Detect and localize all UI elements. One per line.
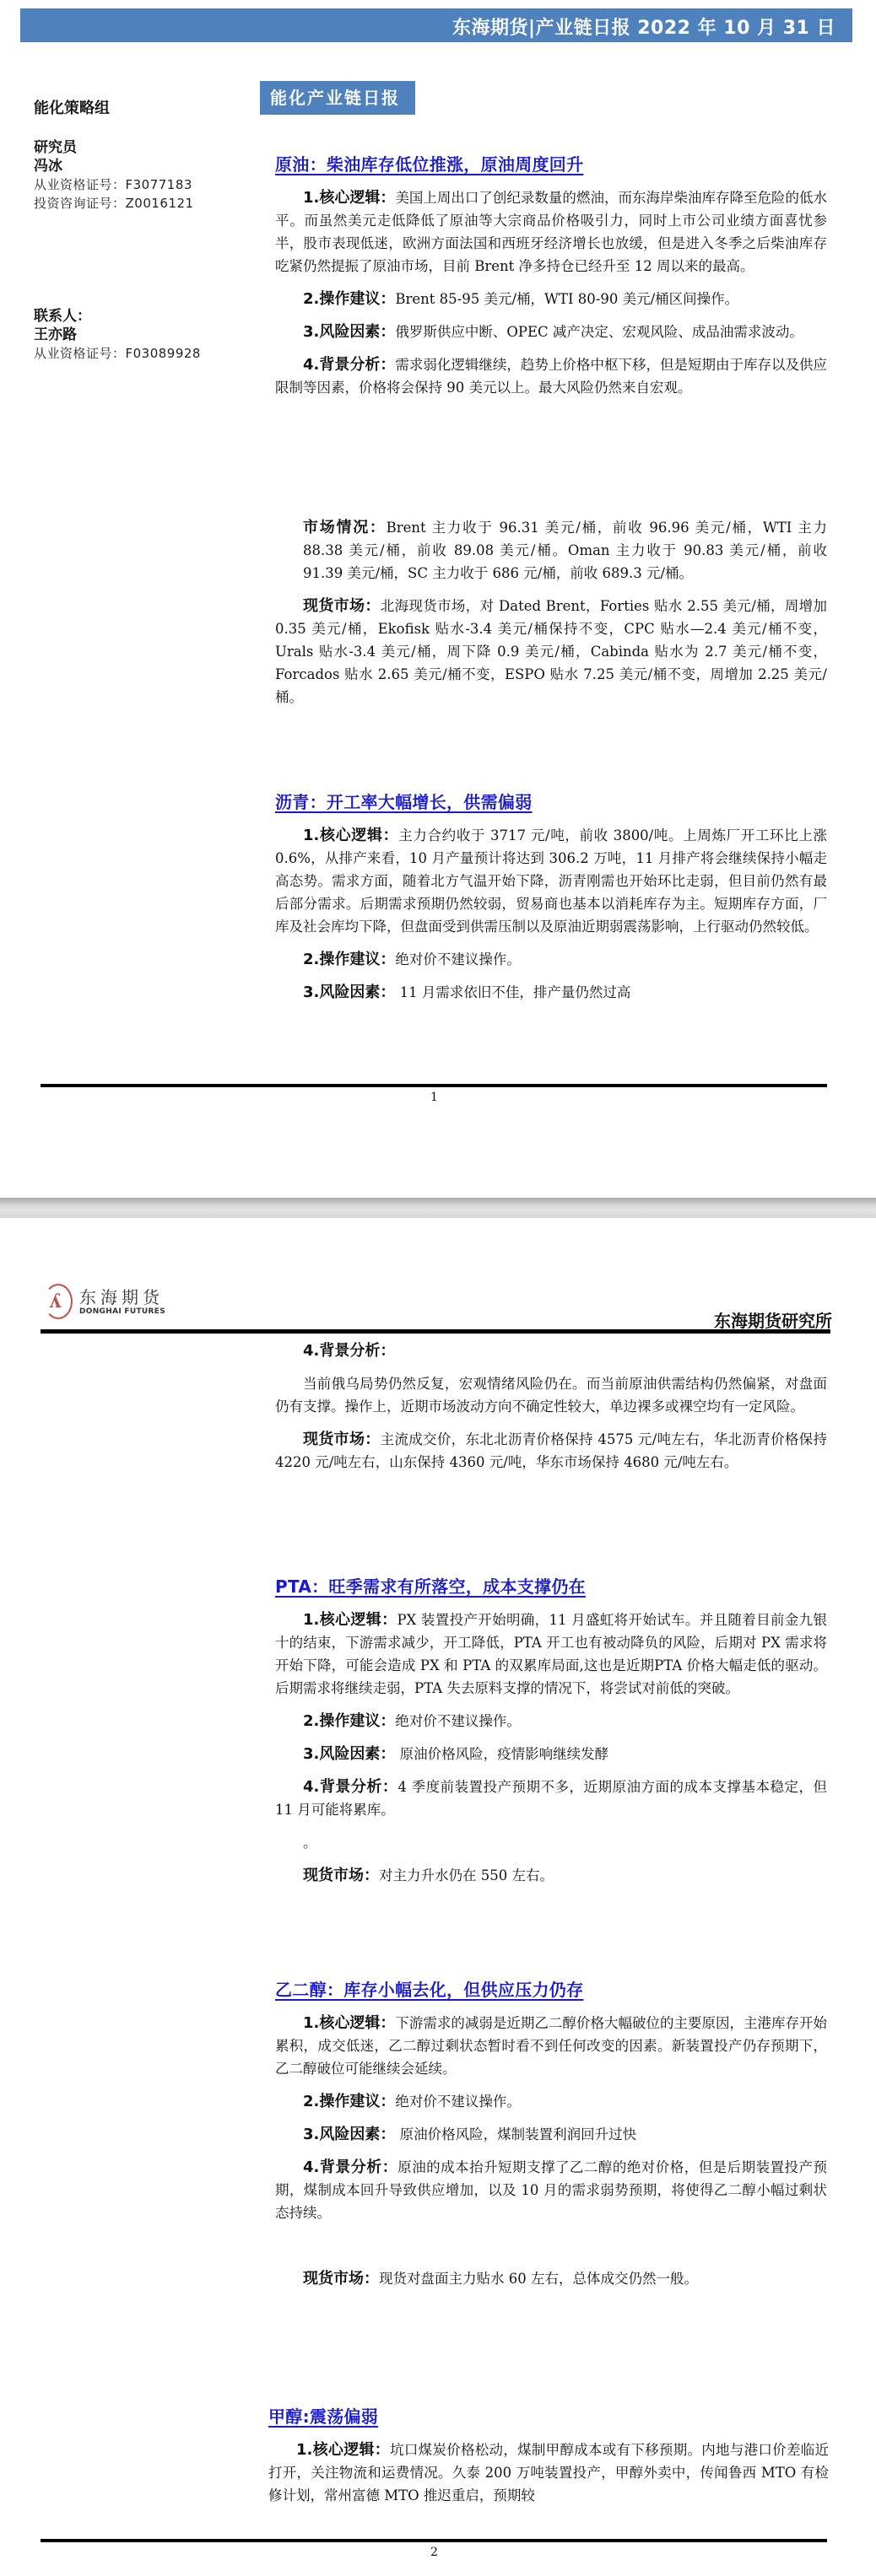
pta-core-logic: 1.核心逻辑：PX 装置投产开始明确，11 月盛虹将开始试车。并且随着目前金九银… bbox=[275, 1609, 827, 1700]
pta-stray-mark: 。 bbox=[275, 1831, 827, 1854]
researcher-block: 研究员 冯冰 从业资格证号：F3077183 投资咨询证号：Z0016121 bbox=[34, 138, 194, 213]
meg-operation: 2.操作建议：绝对价不建议操作。 bbox=[275, 2090, 827, 2113]
researcher-name: 冯冰 bbox=[34, 157, 194, 175]
report-tag: 能化产业链日报 bbox=[260, 81, 415, 115]
section-methanol: 甲醇:震荡偏弱 1.核心逻辑：坑口煤炭价格松动，煤制甲醇成本或有下移预期。内地与… bbox=[268, 2406, 829, 2517]
contact-cert: 从业资格证号：F03089928 bbox=[34, 344, 201, 363]
crude-core-logic: 1.核心逻辑：美国上周出口了创纪录数量的燃油，而东海岸柴油库存降至危险的低水平。… bbox=[275, 186, 827, 278]
group-name: 能化策略组 bbox=[34, 96, 110, 118]
pta-operation: 2.操作建议：绝对价不建议操作。 bbox=[275, 1710, 827, 1733]
asphalt-spot: 现货市场：主流成交价，东北北沥青价格保持 4575 元/吨左右，华北沥青价格保持… bbox=[275, 1428, 827, 1474]
contact-role: 联系人： bbox=[34, 307, 201, 326]
crude-operation: 2.操作建议：Brent 85-95 美元/桶，WTI 80-90 美元/桶区间… bbox=[275, 288, 827, 310]
logo-mark-icon: ʎ bbox=[49, 1291, 61, 1312]
crude-background: 4.背景分析：需求弱化逻辑继续，趋势上价格中枢下移，但是短期由于库存以及供应限制… bbox=[275, 353, 827, 399]
asphalt-heading-link[interactable]: 沥青：开工率大幅增长，供需偏弱 bbox=[275, 791, 827, 814]
methanol-heading-link[interactable]: 甲醇:震荡偏弱 bbox=[268, 2406, 829, 2428]
meg-core-logic: 1.核心逻辑：下游需求的减弱是近期乙二醇价格大幅破位的主要原因，主港库存开始累积… bbox=[275, 2012, 827, 2080]
page-2-header-rule bbox=[41, 1329, 830, 1334]
researcher-cert-1: 从业资格证号：F3077183 bbox=[34, 175, 194, 194]
researcher-role: 研究员 bbox=[34, 138, 194, 157]
report-banner: 东海期货|产业链日报 2022 年 10 月 31 日 bbox=[20, 8, 852, 42]
contact-block: 联系人： 王亦路 从业资格证号：F03089928 bbox=[34, 307, 201, 363]
meg-spot: 现货市场：现货对盘面主力贴水 60 左右，总体成交仍然一般。 bbox=[275, 2267, 827, 2290]
page-1-footer-rule bbox=[41, 1084, 827, 1087]
pta-background: 4.背景分析：4 季度前装置投产预期不多，近期原油方面的成本支撑基本稳定，但 1… bbox=[275, 1776, 827, 1821]
asphalt-background-label: 4.背景分析： bbox=[275, 1339, 827, 1362]
contact-name: 王亦路 bbox=[34, 326, 201, 344]
meg-heading-link[interactable]: 乙二醇：库存小幅去化，但供应压力仍存 bbox=[275, 1979, 827, 2002]
section-asphalt: 沥青：开工率大幅增长，供需偏弱 1.核心逻辑：主力合约收于 3717 元/吨，前… bbox=[275, 791, 827, 1014]
section-meg: 乙二醇：库存小幅去化，但供应压力仍存 1.核心逻辑：下游需求的减弱是近期乙二醇价… bbox=[275, 1979, 827, 2234]
meg-background: 4.背景分析：原油的成本抬升短期支撑了乙二醇的绝对价格，但是后期装置投产预期，煤… bbox=[275, 2156, 827, 2224]
section-crude: 原油：柴油库存低位推涨，原油周度回升 1.核心逻辑：美国上周出口了创纪录数量的燃… bbox=[275, 154, 827, 409]
crude-market: 市场情况：Brent 主力收于 96.31 美元/桶，前收 96.96 美元/桶… bbox=[275, 516, 827, 585]
asphalt-operation: 2.操作建议：绝对价不建议操作。 bbox=[275, 948, 827, 971]
section-pta: PTA：旺季需求有所落空，成本支撑仍在 1.核心逻辑：PX 装置投产开始明确，1… bbox=[275, 1576, 827, 1897]
asphalt-core-logic: 1.核心逻辑：主力合约收于 3717 元/吨，前收 3800/吨。上周炼厂开工环… bbox=[275, 824, 827, 938]
institute-name: 东海期货研究所 bbox=[714, 1307, 832, 1332]
page-separator bbox=[0, 1198, 876, 1218]
crude-risk: 3.风险因素：俄罗斯供应中断、OPEC 减产决定、宏观风险、成品油需求波动。 bbox=[275, 321, 827, 343]
pta-risk: 3.风险因素： 原油价格风险，疫情影响继续发酵 bbox=[275, 1743, 827, 1765]
logo-en: DONGHAI FUTURES bbox=[79, 1307, 165, 1316]
methanol-core-logic: 1.核心逻辑：坑口煤炭价格松动，煤制甲醇成本或有下移预期。内地与港口价差临近打开… bbox=[268, 2439, 829, 2507]
crude-heading-link[interactable]: 原油：柴油库存低位推涨，原油周度回升 bbox=[275, 154, 827, 176]
donghai-logo: ʎ 东海期货 DONGHAI FUTURES bbox=[44, 1282, 170, 1323]
page-number-2: 2 bbox=[430, 2546, 438, 2559]
crude-spot: 现货市场：北海现货市场，对 Dated Brent，Forties 贴水 2.5… bbox=[275, 595, 827, 709]
pta-spot: 现货市场：对主力升水仍在 550 左右。 bbox=[275, 1864, 827, 1887]
strategy-group: 能化策略组 bbox=[34, 96, 110, 118]
meg-risk: 3.风险因素： 原油价格风险，煤制装置利润回升过快 bbox=[275, 2123, 827, 2146]
asphalt-risk: 3.风险因素： 11 月需求依旧不佳，排产量仍然过高 bbox=[275, 981, 827, 1004]
crude-market-block: 市场情况：Brent 主力收于 96.31 美元/桶，前收 96.96 美元/桶… bbox=[275, 516, 827, 719]
meg-spot-block: 现货市场：现货对盘面主力贴水 60 左右，总体成交仍然一般。 bbox=[275, 2267, 827, 2300]
page-2-footer-rule bbox=[41, 2539, 827, 2542]
researcher-cert-2: 投资咨询证号：Z0016121 bbox=[34, 194, 194, 213]
asphalt-continued: 4.背景分析： 当前俄乌局势仍然反复，宏观情绪风险仍在。而当前原油供需结构仍然偏… bbox=[275, 1339, 827, 1484]
banner-title: 东海期货|产业链日报 2022 年 10 月 31 日 bbox=[452, 13, 835, 40]
asphalt-background: 当前俄乌局势仍然反复，宏观情绪风险仍在。而当前原油供需结构仍然偏紧，对盘面仍有支… bbox=[275, 1372, 827, 1418]
page-number-1: 1 bbox=[430, 1091, 438, 1104]
pta-heading-link[interactable]: PTA：旺季需求有所落空，成本支撑仍在 bbox=[275, 1576, 827, 1598]
logo-cn: 东海期货 bbox=[79, 1284, 164, 1308]
